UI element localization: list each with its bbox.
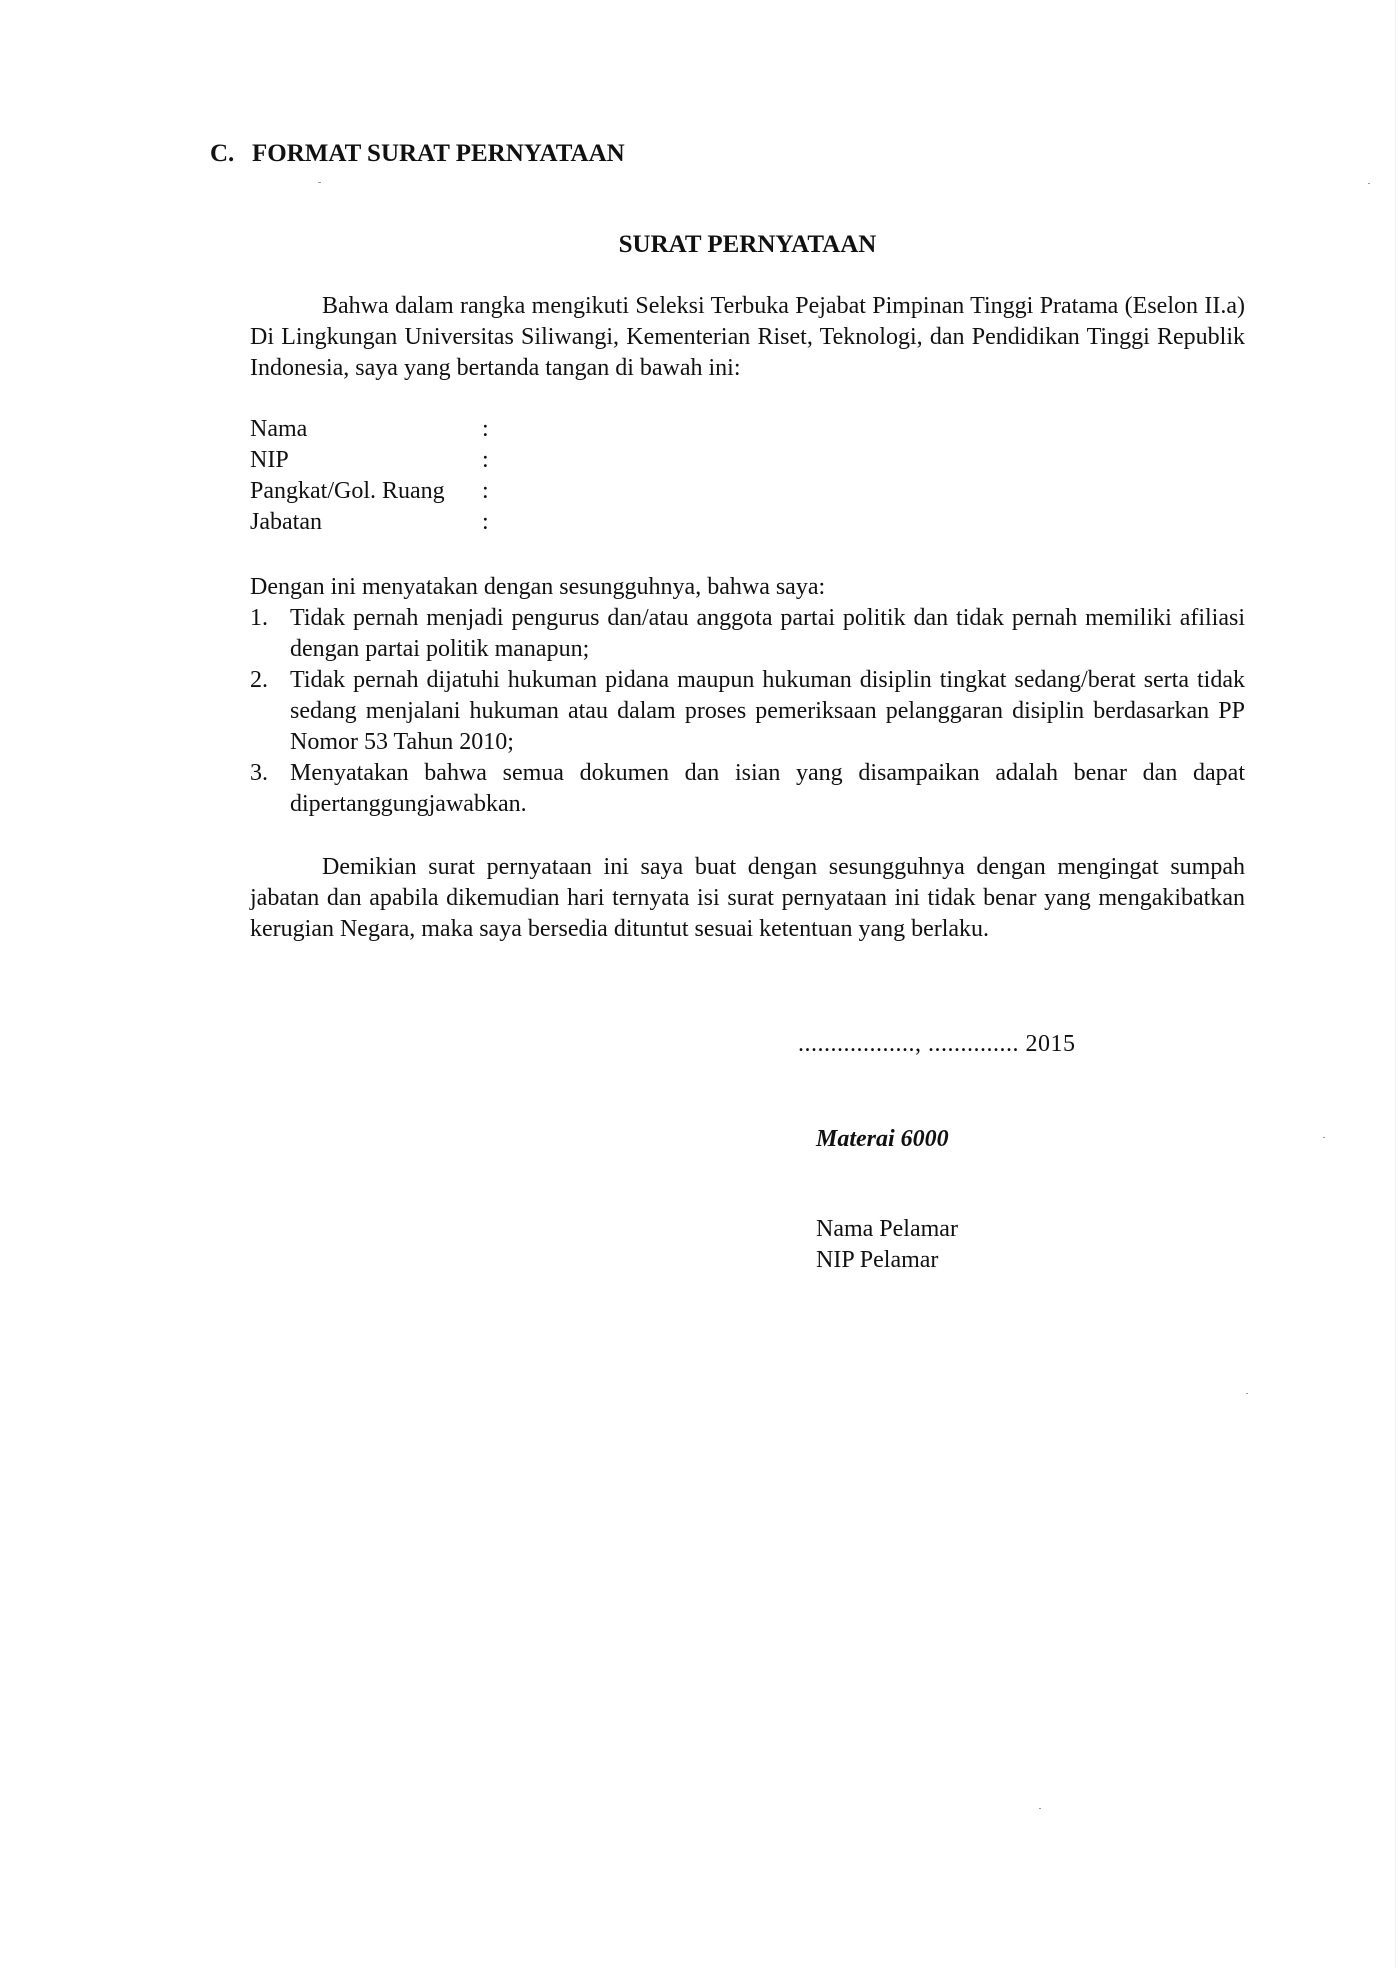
field-value xyxy=(502,476,902,507)
scan-speck xyxy=(1039,1808,1041,1809)
field-nip: NIP : xyxy=(250,445,902,476)
field-colon: : xyxy=(482,445,502,476)
field-jabatan: Jabatan : xyxy=(250,507,902,538)
scan-speck xyxy=(1368,183,1370,184)
statement-item: 3. Menyatakan bahwa semua dokumen dan is… xyxy=(250,758,1245,820)
field-label: Pangkat/Gol. Ruang xyxy=(250,476,482,507)
statement-item: 2. Tidak pernah dijatuhi hukuman pidana … xyxy=(250,665,1245,758)
section-heading: C.FORMAT SURAT PERNYATAAN xyxy=(210,140,625,168)
field-label: Nama xyxy=(250,414,482,445)
place-date-line: .................., .............. 2015 xyxy=(798,1031,1076,1058)
field-nama: Nama : xyxy=(250,414,902,445)
scan-speck xyxy=(1323,1137,1325,1138)
scan-edge-line xyxy=(1395,0,1396,1968)
signer-name: Nama Pelamar xyxy=(816,1214,958,1245)
statement-number: 1. xyxy=(250,603,290,665)
statement-text: Tidak pernah dijatuhi hukuman pidana mau… xyxy=(290,665,1245,758)
field-colon: : xyxy=(482,414,502,445)
statement-list: 1. Tidak pernah menjadi pengurus dan/ata… xyxy=(250,603,1245,820)
field-colon: : xyxy=(482,476,502,507)
scan-speck xyxy=(318,182,321,183)
field-colon: : xyxy=(482,507,502,538)
statement-text: Tidak pernah menjadi pengurus dan/atau a… xyxy=(290,603,1245,665)
applicant-fields: Nama : NIP : Pangkat/Gol. Ruang : Jabata… xyxy=(250,414,902,538)
stamp-label: Materai 6000 xyxy=(816,1126,949,1153)
scan-speck xyxy=(1246,1393,1248,1394)
field-pangkat: Pangkat/Gol. Ruang : xyxy=(250,476,902,507)
field-value xyxy=(502,445,902,476)
field-label: Jabatan xyxy=(250,507,482,538)
field-value xyxy=(502,507,902,538)
statement-number: 2. xyxy=(250,665,290,758)
statement-number: 3. xyxy=(250,758,290,820)
field-value xyxy=(502,414,902,445)
closing-paragraph: Demikian surat pernyataan ini saya buat … xyxy=(250,852,1245,945)
signer-block: Nama Pelamar NIP Pelamar xyxy=(816,1214,958,1276)
signer-id: NIP Pelamar xyxy=(816,1245,958,1276)
statement-item: 1. Tidak pernah menjadi pengurus dan/ata… xyxy=(250,603,1245,665)
statement-lead: Dengan ini menyatakan dengan sesungguhny… xyxy=(250,572,825,603)
section-title: FORMAT SURAT PERNYATAAN xyxy=(252,140,625,167)
field-label: NIP xyxy=(250,445,482,476)
intro-paragraph: Bahwa dalam rangka mengikuti Seleksi Ter… xyxy=(250,291,1245,384)
document-title: SURAT PERNYATAAN xyxy=(250,231,1245,259)
section-letter: C. xyxy=(210,140,252,168)
statement-text: Menyatakan bahwa semua dokumen dan isian… xyxy=(290,758,1245,820)
document-page: C.FORMAT SURAT PERNYATAAN SURAT PERNYATA… xyxy=(0,0,1398,1968)
